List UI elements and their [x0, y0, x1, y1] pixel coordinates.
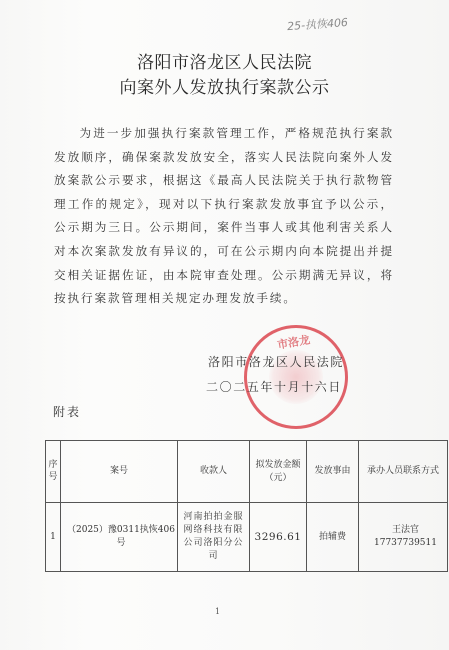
document-page: 25-执恢406 洛阳市洛龙区人民法院 向案外人发放执行案款公示 为进一步加强执… — [0, 0, 449, 650]
seal-text-top: 市洛龙 — [276, 331, 311, 352]
appendix-label: 附表 — [53, 403, 81, 420]
document-title-court: 洛阳市洛龙区人民法院 — [0, 48, 449, 73]
table-row: 1 （2025）豫0311执恢406号 河南拍拍金服网络科技有限公司洛阳分公司 … — [46, 503, 448, 572]
header-case-number: 案号 — [61, 441, 178, 503]
page-number: 1 — [215, 607, 220, 616]
header-amount-line2: （元） — [250, 472, 306, 485]
appendix-table: 序号 案号 收款人 拟发放金额 （元） 发放事由 承办人员联系方式 1 （202… — [45, 440, 448, 572]
cell-amount: 3296.61 — [250, 503, 307, 572]
document-title-subject: 向案外人发放执行案款公示 — [0, 73, 449, 98]
header-reason: 发放事由 — [307, 441, 359, 503]
contact-phone: 17737739511 — [364, 537, 447, 550]
contact-name: 王法官 — [364, 524, 447, 537]
signature-organization: 洛阳市洛龙区人民法院 — [208, 353, 344, 370]
header-index: 序号 — [46, 441, 61, 503]
header-payee: 收款人 — [178, 441, 250, 503]
handwritten-case-note: 25-执恢406 — [287, 14, 349, 34]
court-seal-icon: 市洛龙 — [244, 325, 348, 429]
header-amount: 拟发放金额 （元） — [250, 441, 307, 503]
header-contact: 承办人员联系方式 — [359, 441, 448, 503]
table-header-row: 序号 案号 收款人 拟发放金额 （元） 发放事由 承办人员联系方式 — [46, 441, 448, 503]
cell-case-number: （2025）豫0311执恢406号 — [61, 503, 178, 572]
signature-date: 二〇二五年十月十六日 — [206, 378, 342, 395]
header-amount-line1: 拟发放金额 — [250, 459, 306, 472]
cell-index: 1 — [46, 503, 61, 572]
cell-payee: 河南拍拍金服网络科技有限公司洛阳分公司 — [178, 503, 250, 572]
notice-body-paragraph: 为进一步加强执行案款管理工作，严格规范执行案款发放顺序，确保案款发放安全，落实人… — [54, 122, 394, 311]
cell-reason: 拍辅费 — [307, 503, 359, 572]
cell-contact: 王法官 17737739511 — [359, 503, 448, 572]
